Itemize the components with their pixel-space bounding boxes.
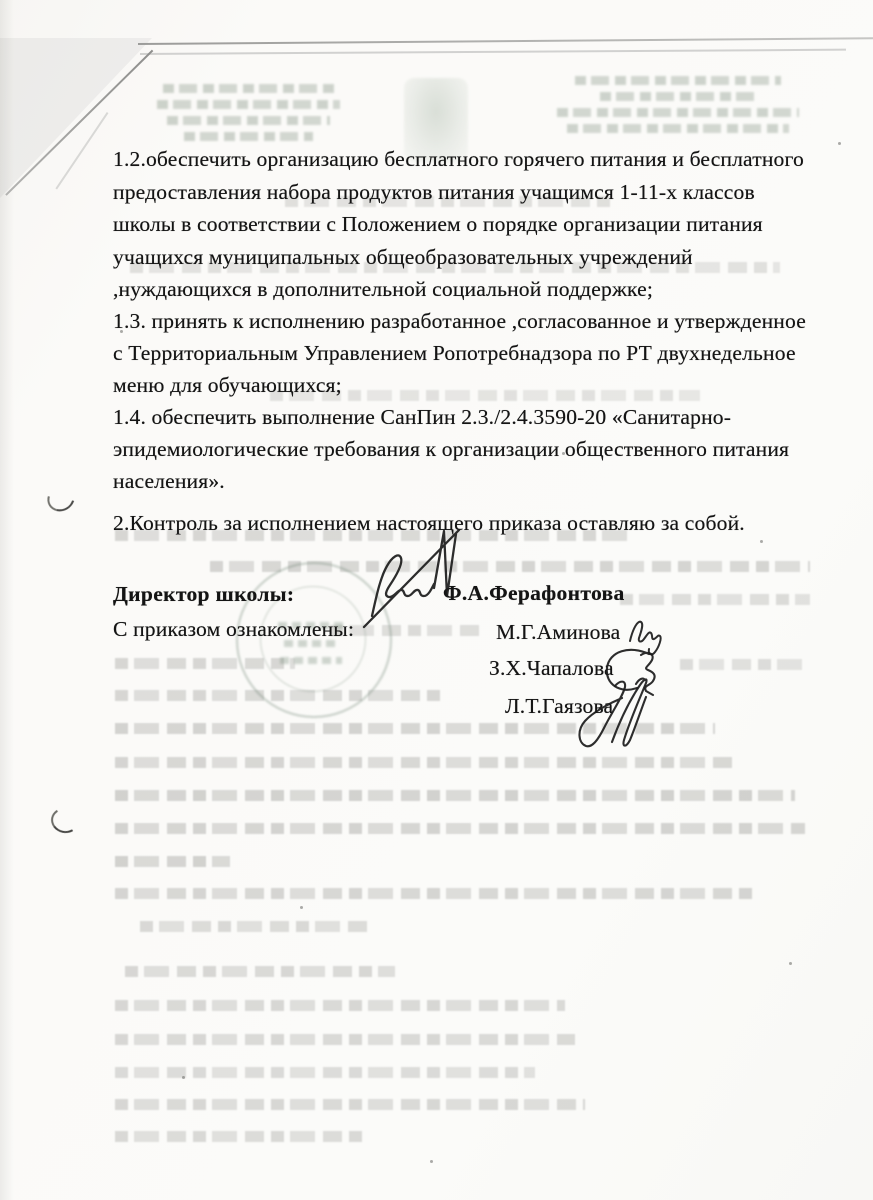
bleed-through-line — [115, 1131, 365, 1142]
bleed-through-line — [115, 757, 735, 768]
letterhead-text-block — [552, 76, 804, 140]
body-line: 1.2.обеспечить организацию бесплатного г… — [113, 147, 804, 172]
acknowledged-name: М.Г.Аминова — [496, 620, 620, 645]
body-line: школы в соответствии с Положением о поря… — [113, 212, 763, 237]
body-line: 1.4. обеспечить выполнение СанПин 2.3./2… — [113, 405, 731, 430]
body-line: 2.Контроль за исполнением настоящего при… — [113, 511, 745, 536]
director-label: Директор школы: — [113, 582, 294, 607]
letterhead-row — [557, 108, 799, 117]
body-line: меню для обучающихся; — [113, 373, 342, 398]
body-line: 1.3. принять к исполнению разработанное … — [113, 309, 806, 334]
aminova-signature — [630, 622, 661, 655]
scan-speck — [838, 142, 841, 145]
acknowledged-name: З.Х.Чапалова — [489, 656, 614, 681]
letterhead-row — [600, 92, 756, 101]
hole-punch-mark — [43, 481, 80, 517]
scanned-document-page: 1.2.обеспечить организацию бесплатного г… — [0, 0, 873, 1200]
bleed-through-line — [115, 790, 795, 801]
hole-punch-mark — [49, 805, 82, 835]
bleed-through-line — [115, 1099, 585, 1110]
bleed-through-line — [115, 723, 715, 734]
scan-speck — [789, 962, 792, 965]
bleed-through-line — [115, 856, 230, 867]
bleed-through-line — [115, 1067, 535, 1078]
scan-top-edge-line-2 — [140, 49, 846, 55]
scan-speck — [182, 1076, 185, 1079]
body-line: населения». — [113, 469, 225, 494]
body-line: предоставления набора продуктов питания … — [113, 180, 755, 205]
acknowledged-name: Л.Т.Гаязова — [505, 694, 613, 719]
letterhead-row — [567, 124, 789, 133]
letterhead-row — [167, 116, 330, 125]
letterhead-row — [575, 76, 782, 85]
bleed-through-line — [125, 966, 395, 977]
acknowledged-label: С приказом ознакомлены: — [113, 617, 354, 642]
bleed-through-line — [140, 921, 370, 932]
letterhead-text-block — [156, 84, 341, 148]
letterhead-row — [184, 132, 314, 141]
body-line: с Территориальным Управлением Ропотребна… — [113, 341, 796, 366]
body-line: ,нуждающихся в дополнительной социальной… — [113, 277, 653, 302]
body-line: учащихся муниципальных общеобразовательн… — [113, 245, 693, 270]
scan-speck — [430, 1160, 433, 1163]
scan-corner-shading — [0, 38, 152, 198]
bleed-through-line — [680, 659, 810, 670]
bleed-through-line — [115, 888, 755, 899]
letterhead-row — [157, 100, 340, 109]
scan-speck — [300, 906, 303, 909]
bleed-through-line — [115, 1000, 565, 1011]
bleed-through-line — [115, 823, 805, 834]
bleed-through-line — [115, 1034, 575, 1045]
body-line: эпидемиологические требования к организа… — [113, 437, 789, 462]
bleed-through-line — [620, 594, 810, 605]
director-name: Ф.А.Ферафонтова — [443, 581, 625, 606]
letterhead-row — [163, 84, 333, 93]
scan-top-edge-line — [138, 37, 873, 45]
scan-speck — [760, 540, 763, 543]
school-stamp-text — [280, 657, 342, 664]
